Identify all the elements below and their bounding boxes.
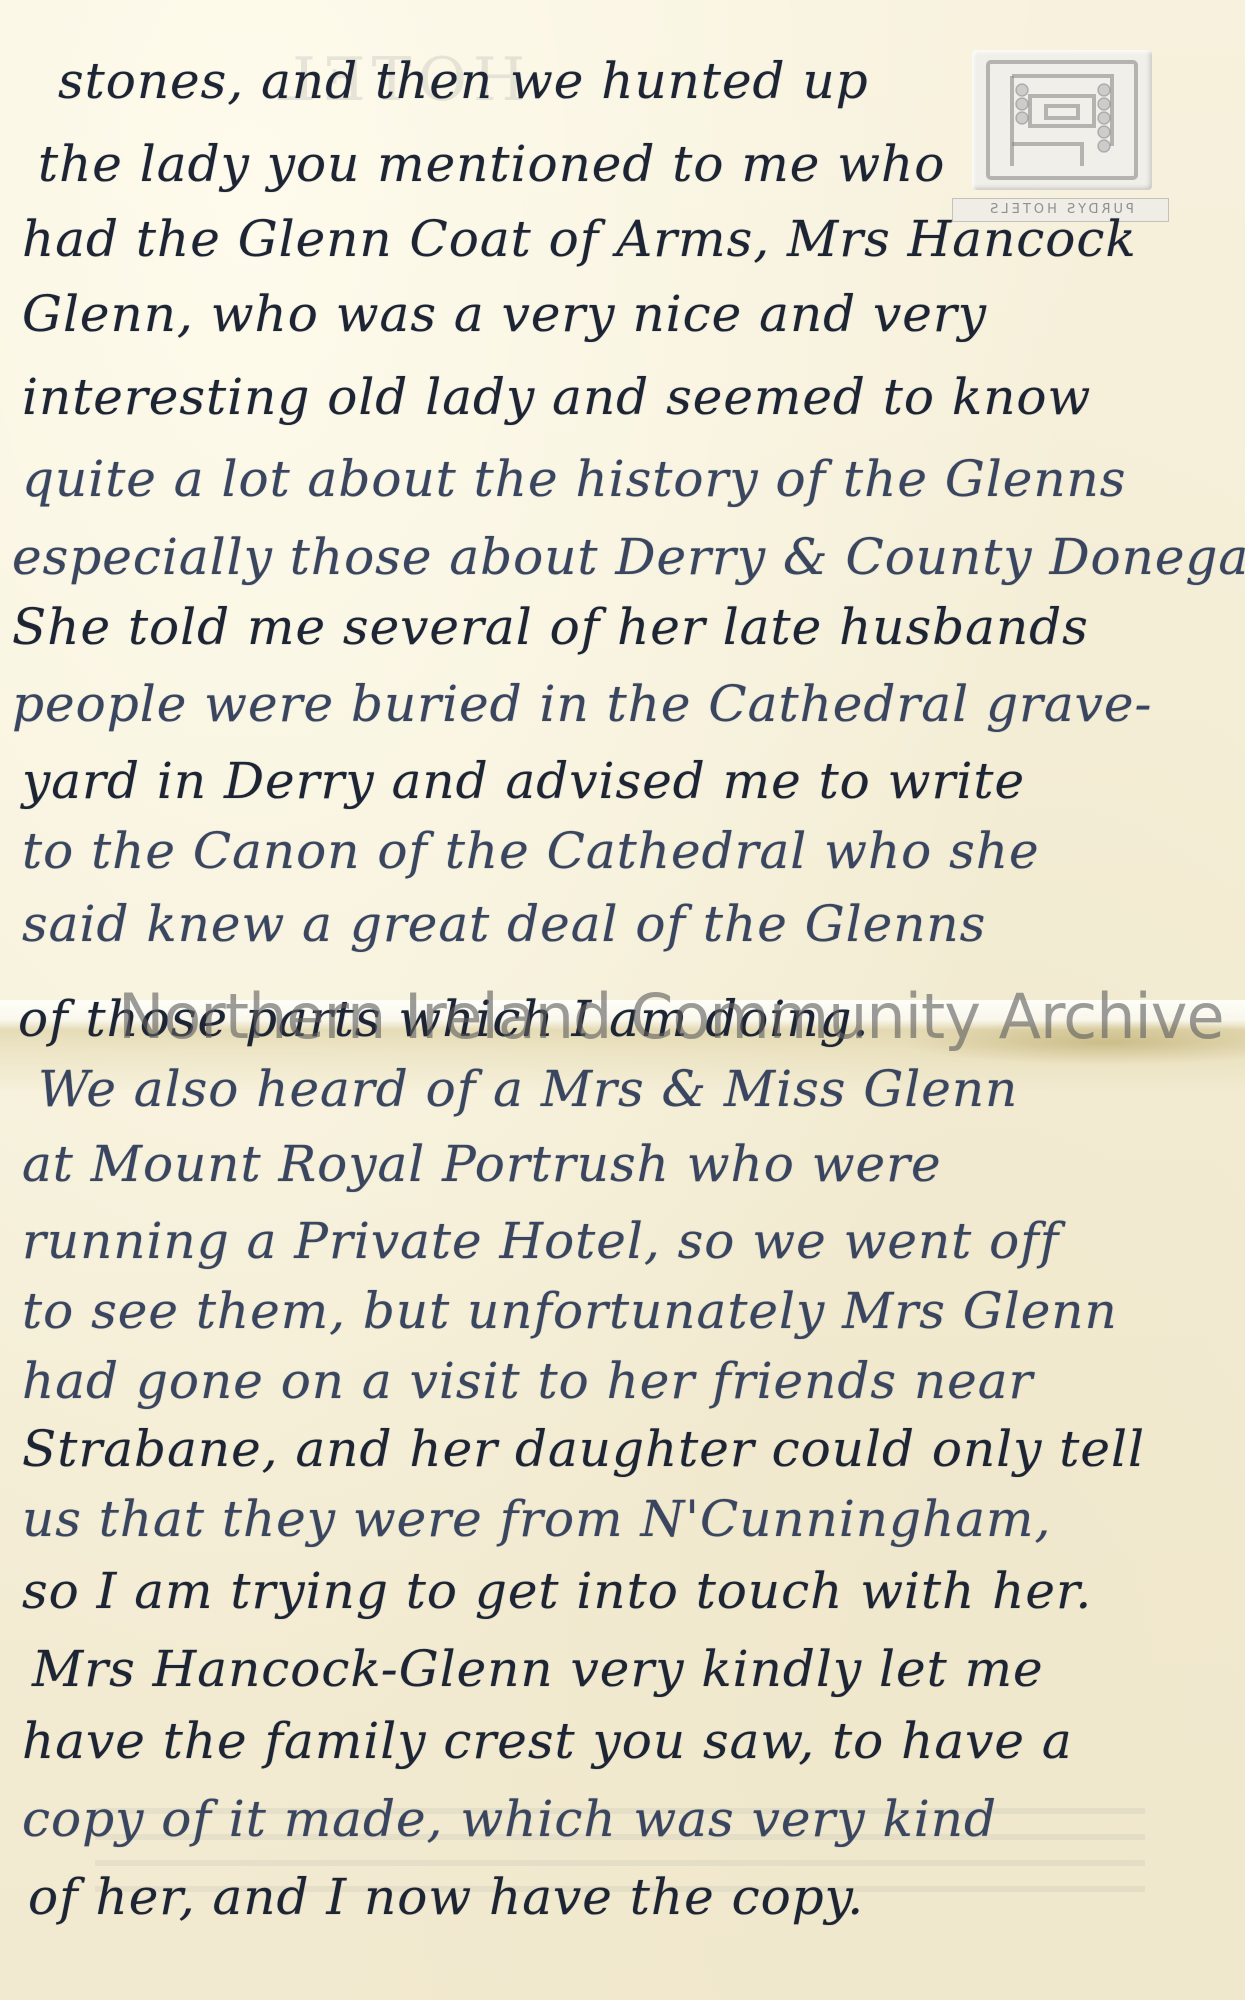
letter-line-7: especially those about Derry & County Do… <box>12 528 1245 586</box>
letter-line-8: She told me several of her late husbands <box>12 598 1089 656</box>
letter-line-18: had gone on a visit to her friends near <box>22 1352 1033 1410</box>
letter-line-23: have the family crest you saw, to have a <box>22 1712 1073 1770</box>
letter-line-22: Mrs Hancock-Glenn very kindly let me <box>32 1640 1044 1698</box>
letter-line-20: us that they were from N'Cunningham, <box>22 1490 1051 1548</box>
letter-line-1: stones, and then we hunted up <box>58 52 869 110</box>
archive-watermark: Northern Ireland Community Archive <box>118 980 1224 1053</box>
letter-line-14: We also heard of a Mrs & Miss Glenn <box>38 1060 1018 1118</box>
letter-line-17: to see them, but unfortunately Mrs Glenn <box>22 1282 1118 1340</box>
letter-line-11: to the Canon of the Cathedral who she <box>22 822 1040 880</box>
letter-line-2: the lady you mentioned to me who <box>38 135 945 193</box>
letter-line-24: copy of it made, which was very kind <box>22 1790 997 1848</box>
letter-line-21: so I am trying to get into touch with he… <box>22 1562 1092 1620</box>
letter-line-4: Glenn, who was a very nice and very <box>22 285 987 343</box>
letter-line-25: of her, and I now have the copy. <box>28 1868 864 1926</box>
letter-line-3: had the Glenn Coat of Arms, Mrs Hancock <box>22 210 1137 268</box>
letter-line-19: Strabane, and her daughter could only te… <box>22 1420 1145 1478</box>
letter-line-15: at Mount Royal Portrush who were <box>22 1135 942 1193</box>
letter-line-16: running a Private Hotel, so we went off <box>22 1212 1059 1270</box>
letter-line-12: said knew a great deal of the Glenns <box>22 895 986 953</box>
letter-line-10: yard in Derry and advised me to write <box>22 752 1025 810</box>
letter-line-9: people were buried in the Cathedral grav… <box>12 675 1152 733</box>
letter-line-6: quite a lot about the history of the Gle… <box>22 450 1126 508</box>
letter-page: HOTEL <box>0 0 1245 2000</box>
letter-line-5: interesting old lady and seemed to know <box>22 368 1091 426</box>
